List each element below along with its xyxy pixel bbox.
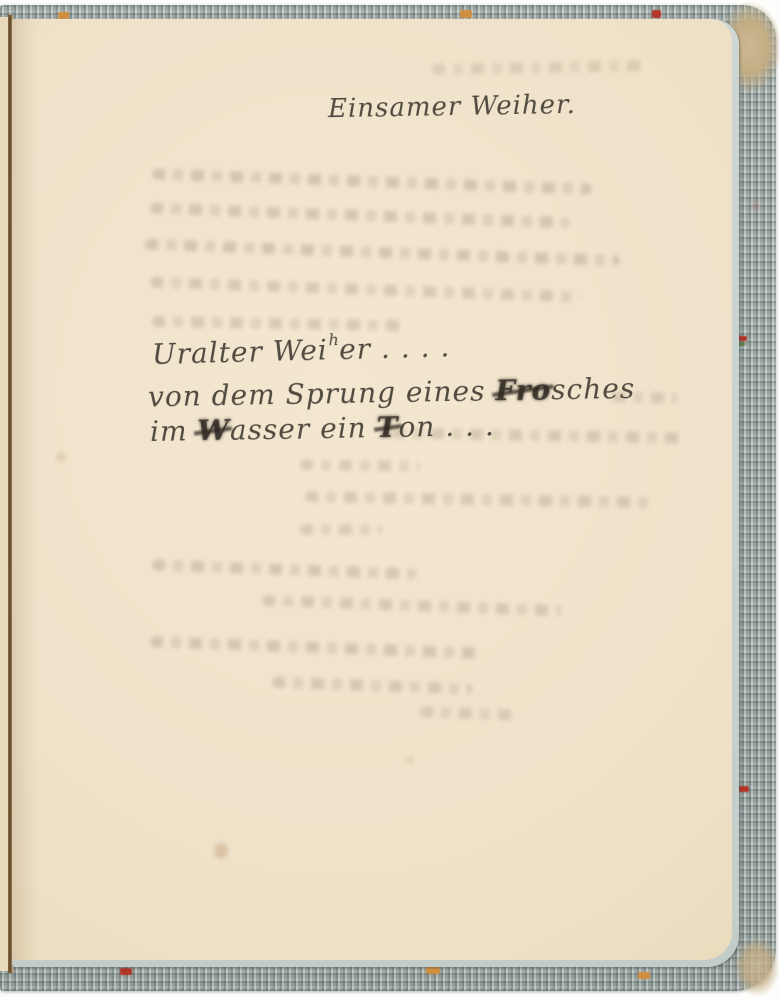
line1-pre: Uralter Wei: [152, 333, 329, 371]
line2-blotted-correction: Fro: [495, 373, 551, 407]
handwriting-layer: Einsamer Weiher. Uralter Weiher . . . . …: [0, 0, 779, 1000]
notebook-photo: Einsamer Weiher. Uralter Weiher . . . . …: [0, 0, 779, 1000]
line1-post: er . . . .: [339, 330, 451, 366]
poem-title-text: Einsamer Weiher.: [328, 90, 576, 124]
line3-blotted-t: T: [376, 411, 398, 444]
poem-line-2: von dem Sprung eines Frosches: [148, 372, 636, 413]
line3-pre: im: [150, 414, 198, 448]
line3-w-rest: asser ein: [230, 411, 377, 447]
poem-line-3: im Wasser ein Ton . . .: [150, 409, 495, 448]
line2-rest: sches: [551, 372, 636, 406]
poem-line-1: Uralter Weiher . . . .: [152, 330, 451, 371]
line3-t-rest: on . . .: [398, 409, 495, 444]
poem-title: Einsamer Weiher.: [328, 90, 576, 124]
inserted-letter: h: [328, 330, 340, 349]
line2-pre: von dem Sprung eines: [148, 374, 496, 413]
line3-blotted-w: W: [197, 414, 230, 448]
